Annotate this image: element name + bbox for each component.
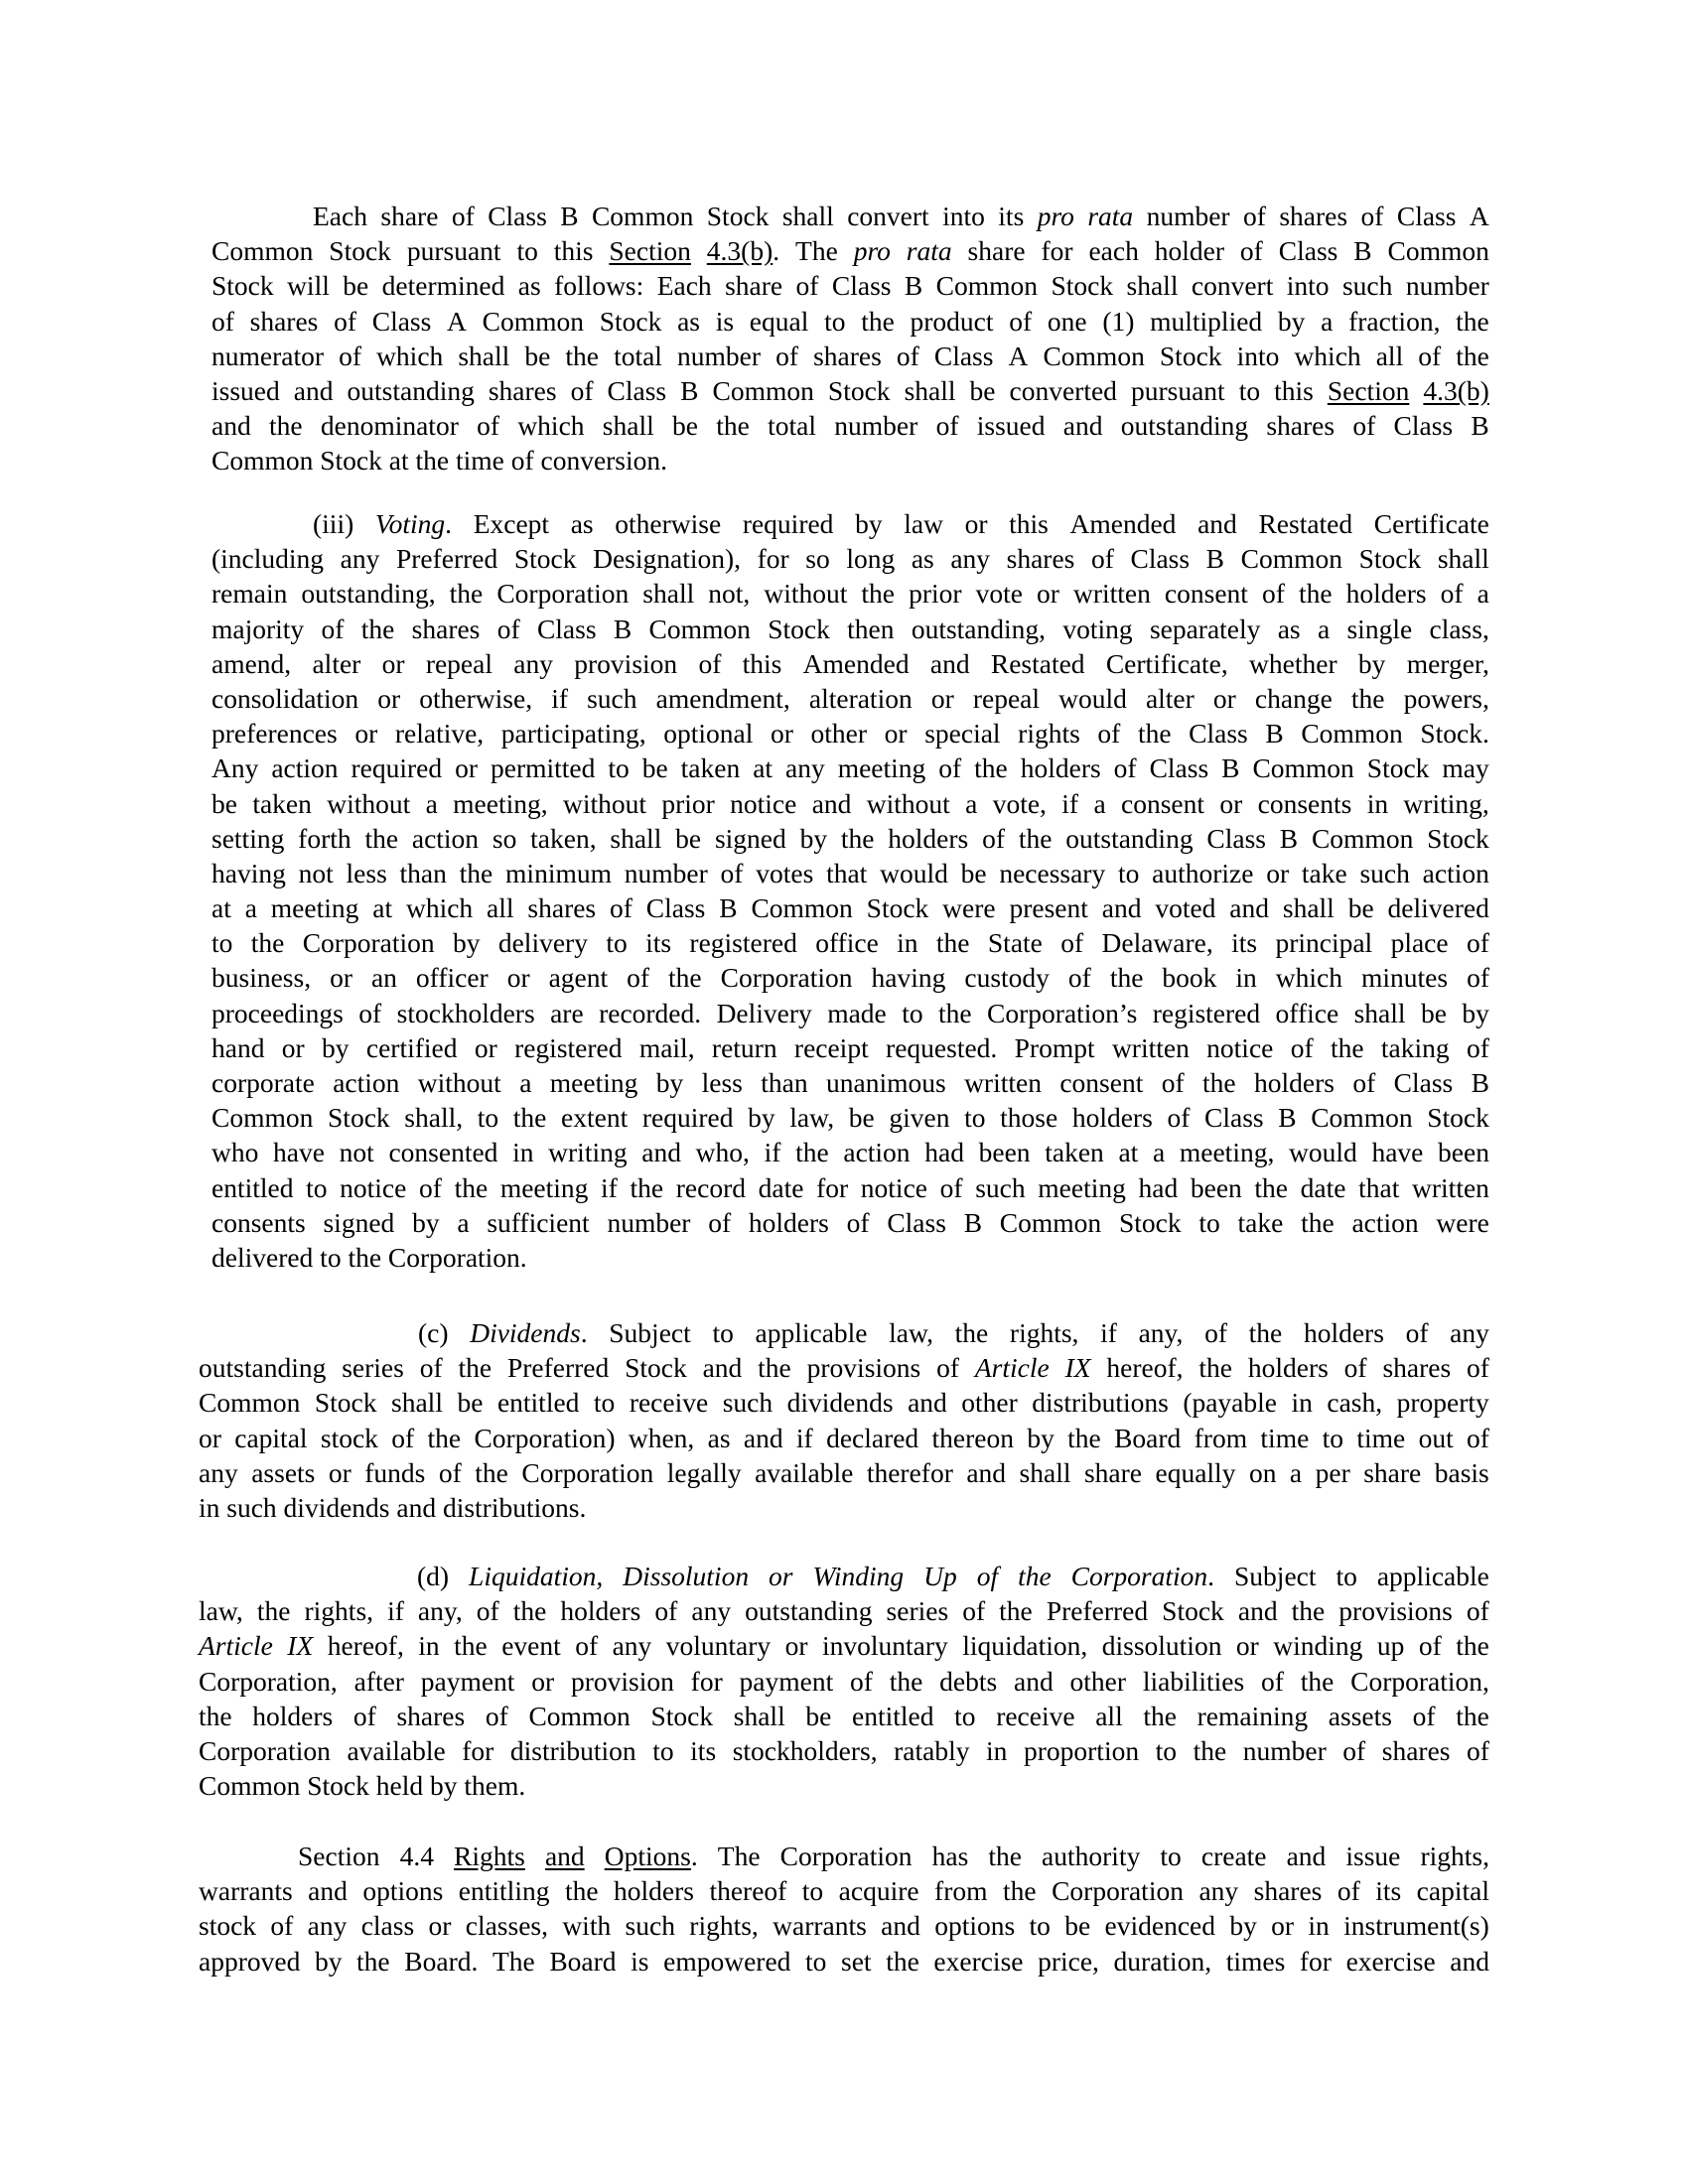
text-run: any <box>341 543 380 574</box>
paragraph-class-b-conversion-pro-rata: EachshareofClassBCommonStockshallconvert… <box>211 199 1489 478</box>
text-run: its <box>998 201 1024 231</box>
text-line: outstandingseriesofthePreferredStockandt… <box>199 1350 1489 1385</box>
word: times <box>1226 1944 1286 1979</box>
text-run: shall <box>1354 998 1406 1028</box>
text-run: The <box>492 1946 535 1977</box>
word: of <box>211 304 234 339</box>
word: up <box>1377 1628 1405 1663</box>
text-run: Stock <box>328 1102 390 1133</box>
word: of <box>1406 1315 1429 1350</box>
text-run: place <box>1391 927 1449 958</box>
text-run: to <box>902 998 922 1028</box>
text-run: of <box>391 1423 414 1453</box>
text-line: betakenwithoutameeting,withoutpriornotic… <box>211 786 1489 821</box>
text-run: State <box>988 927 1043 958</box>
cross-reference-link: Rights <box>454 1841 525 1871</box>
word: shares <box>489 373 557 408</box>
text-run: of <box>575 1630 598 1661</box>
text-run: that <box>826 858 867 888</box>
text-run: by <box>800 823 828 854</box>
italic-term: rata <box>907 235 952 266</box>
text-run: Delaware, <box>1102 927 1213 958</box>
word: of <box>1441 576 1464 611</box>
word: or <box>1213 681 1236 716</box>
word: Up <box>923 1559 957 1593</box>
text-run: merger, <box>1407 648 1489 679</box>
text-run: if <box>796 1423 813 1453</box>
text-run: Class <box>1397 201 1457 231</box>
word: office <box>815 925 879 960</box>
word: the <box>1110 960 1144 995</box>
word: required <box>642 1100 734 1135</box>
word: Common <box>592 199 693 233</box>
word: Class <box>608 373 667 408</box>
text-run: exercise <box>1346 1946 1436 1977</box>
text-run: Stock <box>1359 543 1422 574</box>
word: of <box>1060 925 1083 960</box>
text-run: office <box>1276 998 1339 1028</box>
text-run: the <box>450 578 484 609</box>
cross-reference-link: Options <box>605 1841 691 1871</box>
word: and <box>966 1455 1006 1490</box>
text-run: than <box>400 858 447 888</box>
word: of <box>1467 925 1489 960</box>
word: Any <box>211 751 258 785</box>
text-run: Preferred <box>396 543 497 574</box>
word: date <box>759 1170 804 1205</box>
word: of <box>1261 1664 1284 1699</box>
word: multiplied <box>1150 304 1262 339</box>
word: Amended <box>1070 506 1177 541</box>
text-run: by <box>1278 306 1306 337</box>
word: vote, <box>993 786 1047 821</box>
text-line: Corporation,afterpaymentorprovisionforpa… <box>199 1664 1489 1699</box>
text-run: capital <box>234 1423 307 1453</box>
text-run: long <box>846 543 895 574</box>
word: of <box>339 339 361 373</box>
text-run: to <box>824 306 845 337</box>
word: consented <box>388 1135 497 1169</box>
word: the <box>454 1628 488 1663</box>
text-run: and <box>1197 508 1237 539</box>
text-run: payment <box>421 1666 515 1697</box>
word: other <box>961 1385 1018 1420</box>
word: Class <box>1189 716 1248 751</box>
word: and <box>211 408 251 443</box>
word: Certificate <box>1374 506 1489 541</box>
word: meeting <box>1038 1170 1126 1205</box>
text-run: provision <box>574 648 677 679</box>
word: the <box>936 925 970 960</box>
text-run: up <box>1377 1630 1405 1661</box>
word: setting <box>211 821 284 856</box>
word: be <box>961 856 987 890</box>
text-line: Section4.4RightsandOptions.TheCorporatio… <box>199 1839 1489 1873</box>
text-run: alter <box>312 648 360 679</box>
text-run: Stock <box>1119 1207 1182 1238</box>
word: evidenced <box>1105 1908 1215 1943</box>
text-run: time <box>1356 1423 1405 1453</box>
text-run: voluntary <box>666 1630 771 1661</box>
text-run: notice <box>730 788 796 819</box>
word: written <box>1412 1170 1489 1205</box>
word: of <box>1467 1030 1489 1065</box>
word: of <box>698 646 721 681</box>
text-run: or <box>507 962 530 993</box>
word: B <box>1265 716 1283 751</box>
word: if <box>796 1421 813 1455</box>
word: required <box>743 506 834 541</box>
word: of <box>1262 576 1285 611</box>
text-run: the <box>861 578 895 609</box>
word: fraction, <box>1348 304 1440 339</box>
text-run: Class <box>537 614 597 644</box>
word: shares <box>250 304 319 339</box>
text-run: of <box>1344 1352 1367 1383</box>
text-run: approved <box>199 1946 300 1977</box>
word: consent <box>1059 1065 1143 1100</box>
text-run: Class <box>646 892 706 923</box>
word: provisions <box>1338 1593 1453 1628</box>
word: by <box>412 1205 440 1240</box>
text-run: therefor <box>867 1457 953 1488</box>
word: shares <box>1007 541 1075 576</box>
word: of <box>334 304 356 339</box>
text-run: and <box>1102 892 1142 923</box>
text-run: number <box>1147 201 1230 231</box>
word: Common <box>1000 1205 1101 1240</box>
text-run: rights, <box>305 1595 374 1626</box>
text-run: sufficient <box>487 1207 589 1238</box>
text-run: had <box>1139 1172 1179 1203</box>
text-run: the <box>1301 1666 1335 1697</box>
text-run: instrument(s) <box>1343 1910 1489 1941</box>
word: of <box>419 1170 442 1205</box>
word: repeal <box>426 646 492 681</box>
text-run: pursuant <box>407 235 501 266</box>
text-run: corporate <box>211 1067 315 1098</box>
text-run: law, <box>199 1595 243 1626</box>
word: shall, <box>404 1100 463 1135</box>
word: made <box>827 996 887 1030</box>
text-run: consent <box>1121 788 1204 819</box>
text-run: (d) <box>417 1561 449 1591</box>
text-run: the <box>841 823 875 854</box>
text-run: and <box>881 1910 920 1941</box>
word: having <box>211 856 286 890</box>
text-run: action <box>1351 1207 1418 1238</box>
text-run: of <box>1467 1423 1489 1453</box>
word: the <box>1301 1205 1335 1240</box>
word: meeting, <box>1180 1135 1274 1169</box>
word: convert <box>847 199 928 233</box>
word: long <box>846 541 895 576</box>
text-run: 4.4 <box>400 1841 434 1871</box>
word: to <box>954 1699 975 1733</box>
word: minutes <box>1361 960 1448 995</box>
text-run: a <box>457 1207 469 1238</box>
text-run: Class <box>934 341 994 371</box>
word: of <box>721 856 744 890</box>
word: Preferred <box>396 541 497 576</box>
word: receive <box>630 1385 708 1420</box>
word: stock <box>321 1421 378 1455</box>
word: that <box>1358 1170 1399 1205</box>
word: stockholders <box>397 996 535 1030</box>
text-run: entitled <box>852 1701 933 1731</box>
text-run: the <box>455 1172 489 1203</box>
text-run: shares <box>1007 543 1075 574</box>
text-run: were <box>942 892 995 923</box>
text-run: has <box>932 1841 969 1871</box>
word: shall <box>905 373 956 408</box>
text-run: Preferred <box>1047 1595 1148 1626</box>
text-run: Corporation <box>1052 1875 1184 1906</box>
word: if <box>387 1593 404 1628</box>
word: B <box>1353 233 1371 268</box>
word: for <box>691 1664 723 1699</box>
text-run: to <box>1336 1561 1356 1591</box>
text-run: warrants <box>773 1910 867 1941</box>
text-run: available <box>755 1457 853 1488</box>
word: this <box>554 233 594 268</box>
text-run: action <box>271 752 338 783</box>
text-run: number <box>1406 270 1489 301</box>
text-run: by <box>1229 1910 1257 1941</box>
text-run: would <box>1289 1137 1357 1167</box>
text-run: of <box>1467 1352 1489 1383</box>
word: Section <box>609 233 691 268</box>
text-run: Class <box>608 375 667 406</box>
word: of <box>708 1205 731 1240</box>
word: to <box>1198 1205 1219 1240</box>
word: exercise <box>1346 1944 1436 1979</box>
word: of <box>1114 751 1137 785</box>
cross-reference-link: 4.3(b) <box>1423 375 1488 406</box>
text-run: Common <box>1043 341 1144 371</box>
word: registered <box>689 925 796 960</box>
word: the <box>1019 821 1053 856</box>
text-run: to <box>712 1317 733 1348</box>
word: Corporation, <box>199 1664 338 1699</box>
text-run: and <box>703 1352 743 1383</box>
word: of <box>796 268 819 303</box>
text-run: of <box>897 341 919 371</box>
word: share <box>725 268 782 303</box>
word: the <box>475 1455 508 1490</box>
text-run: stock <box>199 1910 256 1941</box>
text-run: a <box>1477 578 1489 609</box>
word: holder <box>1155 233 1224 268</box>
word: of <box>1068 960 1091 995</box>
text-run: Corporation <box>721 962 853 993</box>
word: any <box>691 1593 731 1628</box>
text-run: vote <box>976 578 1023 609</box>
word: Options. <box>605 1839 698 1873</box>
word: the <box>513 1593 547 1628</box>
text-run: or <box>1271 1910 1294 1941</box>
word: pursuant <box>1131 373 1225 408</box>
word: custody <box>964 960 1050 995</box>
word: had <box>1139 1170 1179 1205</box>
word: Stock <box>707 199 770 233</box>
text-run: at <box>211 892 231 923</box>
text-run: declared <box>826 1423 918 1453</box>
text-run: the <box>1292 1595 1326 1626</box>
text-run: a <box>245 892 257 923</box>
word: shares <box>396 1699 465 1733</box>
text-run: class, <box>1430 614 1489 644</box>
text-run: entitling <box>459 1875 550 1906</box>
text-run: as <box>571 508 594 539</box>
word: outstanding <box>199 1350 326 1385</box>
text-run: a <box>1290 1457 1302 1488</box>
text-line: handorbycertifiedorregisteredmail,return… <box>211 1030 1489 1065</box>
word: the <box>1194 1733 1227 1768</box>
text-run: would <box>880 858 948 888</box>
word: be <box>457 1385 483 1420</box>
text-run: requested. <box>886 1032 997 1063</box>
word: by <box>1278 304 1306 339</box>
text-run: and <box>908 1387 947 1418</box>
text-run: to <box>802 1875 823 1906</box>
text-run: warrants <box>199 1875 293 1906</box>
text-run: be <box>970 375 996 406</box>
text-run: the <box>631 1172 664 1203</box>
word: such <box>1342 268 1392 303</box>
text-run: or <box>199 1423 221 1453</box>
word: provision <box>571 1664 674 1699</box>
word: taking <box>1381 1030 1450 1065</box>
text-run: options <box>362 1875 443 1906</box>
text-run: to <box>1239 375 1260 406</box>
word: consent <box>1165 576 1248 611</box>
word: to <box>712 1315 733 1350</box>
word: total <box>768 408 816 443</box>
text-run: of <box>938 752 961 783</box>
text-run: and <box>211 410 251 441</box>
text-run: of <box>1291 1032 1314 1063</box>
word: the <box>758 1350 791 1385</box>
text-run: share <box>1084 1457 1142 1488</box>
word: and <box>1287 1839 1327 1873</box>
word: meeting <box>550 1065 638 1100</box>
word: Class <box>1204 1100 1264 1135</box>
text-run: when, <box>629 1423 694 1453</box>
text-run: for <box>1300 1946 1332 1977</box>
word: Rights <box>454 1839 525 1873</box>
text-run: be <box>343 270 368 301</box>
word: minimum <box>505 856 612 890</box>
word: of <box>353 1699 376 1733</box>
word: the <box>938 996 972 1030</box>
word: Section <box>298 1839 380 1873</box>
text-run: of <box>708 1207 731 1238</box>
word: (d) <box>417 1559 449 1593</box>
text-run: custody <box>964 962 1050 993</box>
word: assets <box>251 1455 315 1490</box>
word: stock <box>199 1908 256 1943</box>
word: holders <box>1021 751 1101 785</box>
text-run: the <box>1003 1875 1037 1906</box>
text-run: Common <box>1252 752 1353 783</box>
word: Stock <box>768 612 830 646</box>
word: such <box>975 1170 1025 1205</box>
word: meeting, <box>453 786 547 821</box>
text-run: or <box>282 1032 305 1063</box>
text-run: if <box>387 1595 404 1626</box>
word: of <box>1344 1350 1367 1385</box>
text-run: and <box>1229 892 1269 923</box>
text-run: registered <box>514 1032 622 1063</box>
text-run: with <box>562 1910 611 1941</box>
word: return <box>712 1030 777 1065</box>
word: a <box>457 1205 469 1240</box>
word: Common <box>751 890 852 925</box>
text-run: the <box>795 1137 829 1167</box>
word: outstanding <box>745 1593 872 1628</box>
word: and <box>641 1135 681 1169</box>
word: have <box>1371 1135 1423 1169</box>
word: A <box>1470 199 1489 233</box>
text-run: to <box>1323 1423 1343 1453</box>
word: an <box>371 960 397 995</box>
text-run: officer <box>416 962 489 993</box>
text-run: law, <box>789 1102 834 1133</box>
text-run: capital <box>1417 1875 1489 1906</box>
text-run: after <box>354 1666 404 1697</box>
text-run: of <box>1419 1630 1442 1661</box>
text-line: consentssignedbyasufficientnumberofholde… <box>211 1205 1489 1240</box>
word: shall <box>391 1385 443 1420</box>
text-run: Common <box>936 270 1038 301</box>
text-run: at <box>372 892 392 923</box>
text-line: approvedbytheBoard.TheBoardisempoweredto… <box>199 1944 1489 1979</box>
text-run: receipt <box>794 1032 869 1063</box>
word: Delivery <box>717 996 812 1030</box>
text-run: (iii) <box>313 508 353 539</box>
word: entitled <box>852 1699 933 1733</box>
text-run: entitled <box>497 1387 579 1418</box>
text-run: or <box>885 718 908 749</box>
text-run: written <box>1073 578 1151 609</box>
text-run: or <box>475 1032 497 1063</box>
text-run: or <box>354 718 377 749</box>
word: optional <box>663 716 753 751</box>
text-run: or <box>771 718 793 749</box>
text-run: that <box>1358 1172 1399 1203</box>
text-run: receive <box>996 1701 1074 1731</box>
text-run: shares <box>250 306 319 337</box>
word: holders <box>1254 1065 1335 1100</box>
italic-term: Dissolution <box>623 1561 749 1591</box>
word: the <box>450 576 484 611</box>
text-run: if <box>765 1137 781 1167</box>
word: proportion <box>1024 1733 1139 1768</box>
word: Stock <box>1119 1205 1182 1240</box>
text-run: its <box>690 1735 716 1766</box>
word: in <box>897 925 917 960</box>
word: Preferred <box>507 1350 609 1385</box>
word: Class <box>372 304 432 339</box>
word: equally <box>1156 1455 1236 1490</box>
word: as <box>677 304 700 339</box>
word: Subject <box>609 1315 691 1350</box>
text-run: of <box>211 306 234 337</box>
text-run: holders <box>1346 578 1427 609</box>
text-run: price, <box>1038 1946 1099 1977</box>
word: when, <box>629 1421 694 1455</box>
